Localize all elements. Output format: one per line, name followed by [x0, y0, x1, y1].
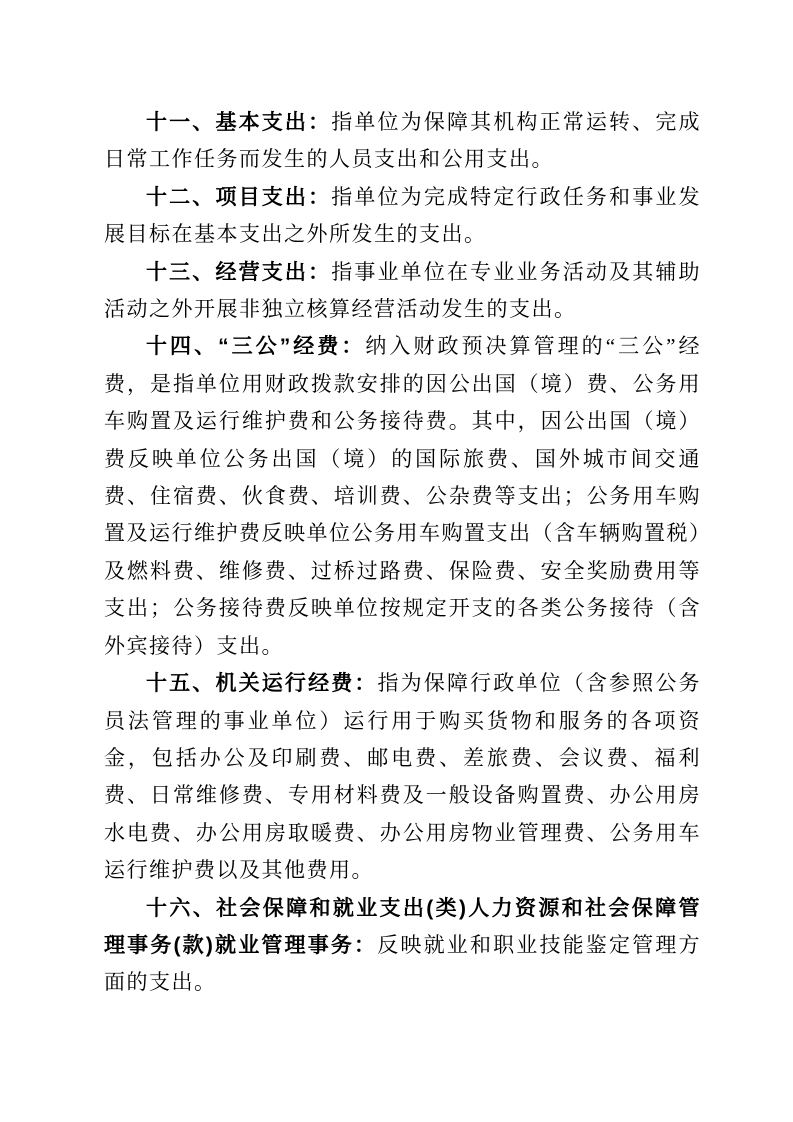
- paragraph-lead: 十五、机关运行经费：: [146, 672, 378, 695]
- paragraph-body: 指为保障行政单位（含参照公务员法管理的事业单位）运行用于购买货物和服务的各项资金…: [104, 671, 701, 882]
- paragraph-project-expenditure: 十二、项目支出：指单位为完成特定行政任务和事业发展目标在基本支出之外所发生的支出…: [104, 179, 701, 254]
- paragraph-three-public-funds: 十四、“三公”经费：纳入财政预决算管理的“三公”经费，是指单位用财政拨款安排的因…: [104, 328, 701, 665]
- paragraph-body: 纳入财政预决算管理的“三公”经费，是指单位用财政拨款安排的因公出国（境）费、公务…: [104, 334, 701, 657]
- paragraph-lead: 十三、经营支出：: [146, 261, 331, 284]
- paragraph-basic-expenditure: 十一、基本支出：指单位为保障其机构正常运转、完成日常工作任务而发生的人员支出和公…: [104, 104, 701, 179]
- document-page: 十一、基本支出：指单位为保障其机构正常运转、完成日常工作任务而发生的人员支出和公…: [0, 0, 793, 1122]
- paragraph-social-security-employment: 十六、社会保障和就业支出(类)人力资源和社会保障管理事务(款)就业管理事务：反映…: [104, 890, 701, 1002]
- paragraph-lead: 十二、项目支出：: [146, 186, 331, 209]
- paragraph-lead: 十一、基本支出：: [146, 111, 331, 134]
- paragraph-operating-expenditure: 十三、经营支出：指事业单位在专业业务活动及其辅助活动之外开展非独立核算经营活动发…: [104, 254, 701, 329]
- document-text-area: 十一、基本支出：指单位为保障其机构正常运转、完成日常工作任务而发生的人员支出和公…: [104, 104, 701, 1002]
- paragraph-lead: 十四、“三公”经费：: [146, 335, 365, 358]
- paragraph-agency-operating-funds: 十五、机关运行经费：指为保障行政单位（含参照公务员法管理的事业单位）运行用于购买…: [104, 665, 701, 889]
